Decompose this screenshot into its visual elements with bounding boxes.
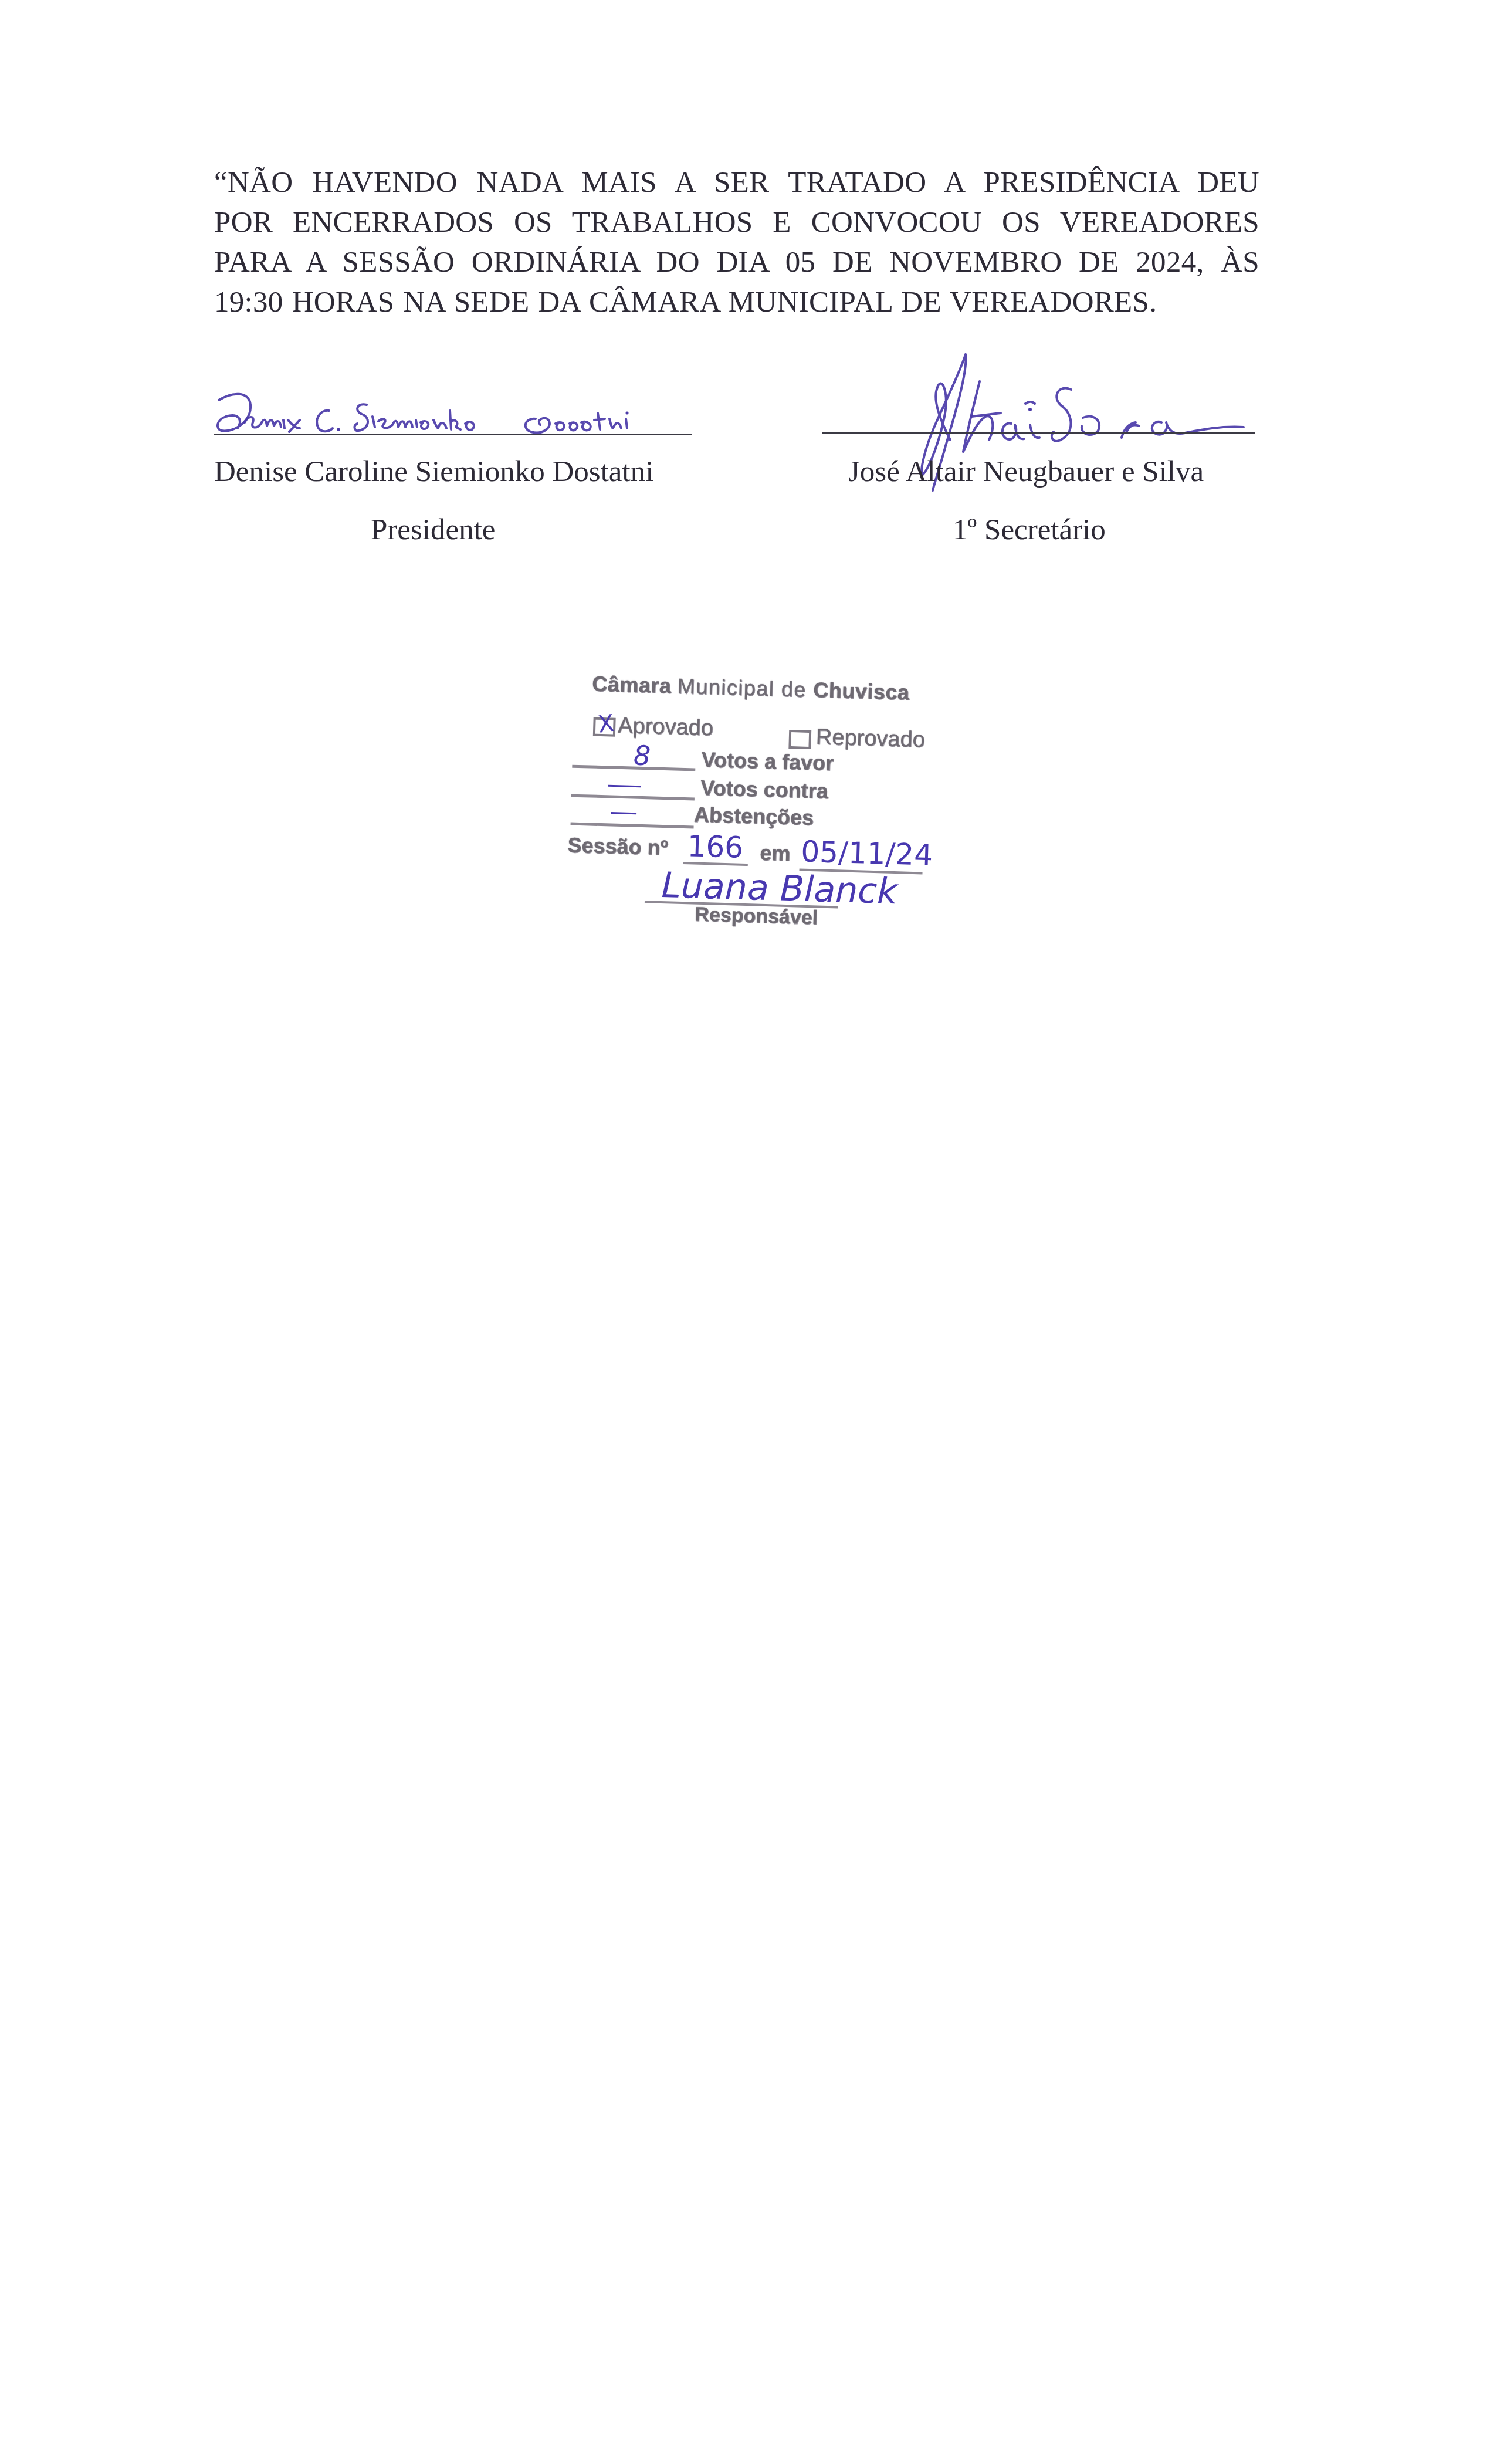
- stamp-title-suffix: Chuvisca: [813, 678, 910, 705]
- option-reprovado-label: Reprovado: [815, 725, 925, 753]
- handwritten-signature-president: [214, 387, 695, 452]
- signer-name-secretary: José Altair Neugbauer e Silva: [848, 454, 1204, 489]
- signer-role-secretary: 1º Secretário: [953, 512, 1106, 547]
- stamp-title-middle: Municipal de: [677, 674, 814, 702]
- closing-line-1: “NÃO HAVENDO NADA MAIS A SER TRATADO A P…: [214, 163, 1259, 202]
- closing-line-4: 19:30 HORAS NA SEDE DA CÂMARA MUNICIPAL …: [214, 282, 1259, 322]
- session-label: Sessão nº: [567, 832, 668, 860]
- signature-line-president: [214, 434, 692, 435]
- signer-name-president: Denise Caroline Siemionko Dostatni: [214, 454, 653, 489]
- closing-line-3: PARA A SESSÃO ORDINÁRIA DO DIA 05 DE NOV…: [214, 242, 1259, 282]
- abstentions-value: —: [609, 796, 638, 827]
- votes-favor-value: 8: [633, 740, 651, 772]
- closing-paragraph: “NÃO HAVENDO NADA MAIS A SER TRATADO A P…: [214, 163, 1259, 322]
- stamp-title: Câmara Municipal de Chuvisca: [592, 672, 910, 705]
- signature-line-secretary: [822, 432, 1255, 434]
- approval-stamp: Câmara Municipal de Chuvisca X Aprovado …: [573, 669, 968, 955]
- checkbox-reprovado: [788, 730, 811, 749]
- option-aprovado-label: Aprovado: [618, 713, 714, 742]
- document-page: “NÃO HAVENDO NADA MAIS A SER TRATADO A P…: [0, 0, 1497, 2464]
- abstentions-label: Abstenções: [694, 802, 814, 830]
- signer-role-president: Presidente: [371, 512, 495, 547]
- responsible-label: Responsável: [695, 903, 818, 930]
- session-date: 05/11/24: [801, 835, 933, 872]
- votes-favor-label: Votos a favor: [701, 747, 834, 776]
- session-date-connector: em: [760, 841, 791, 866]
- stamp-title-prefix: Câmara: [592, 672, 678, 698]
- session-number: 166: [687, 829, 744, 865]
- votes-against-label: Votos contra: [700, 776, 828, 804]
- closing-line-2: POR ENCERRADOS OS TRABALHOS E CONVOCOU O…: [214, 202, 1259, 242]
- votes-against-value: —: [606, 769, 643, 800]
- checkbox-aprovado-mark: X: [597, 710, 615, 739]
